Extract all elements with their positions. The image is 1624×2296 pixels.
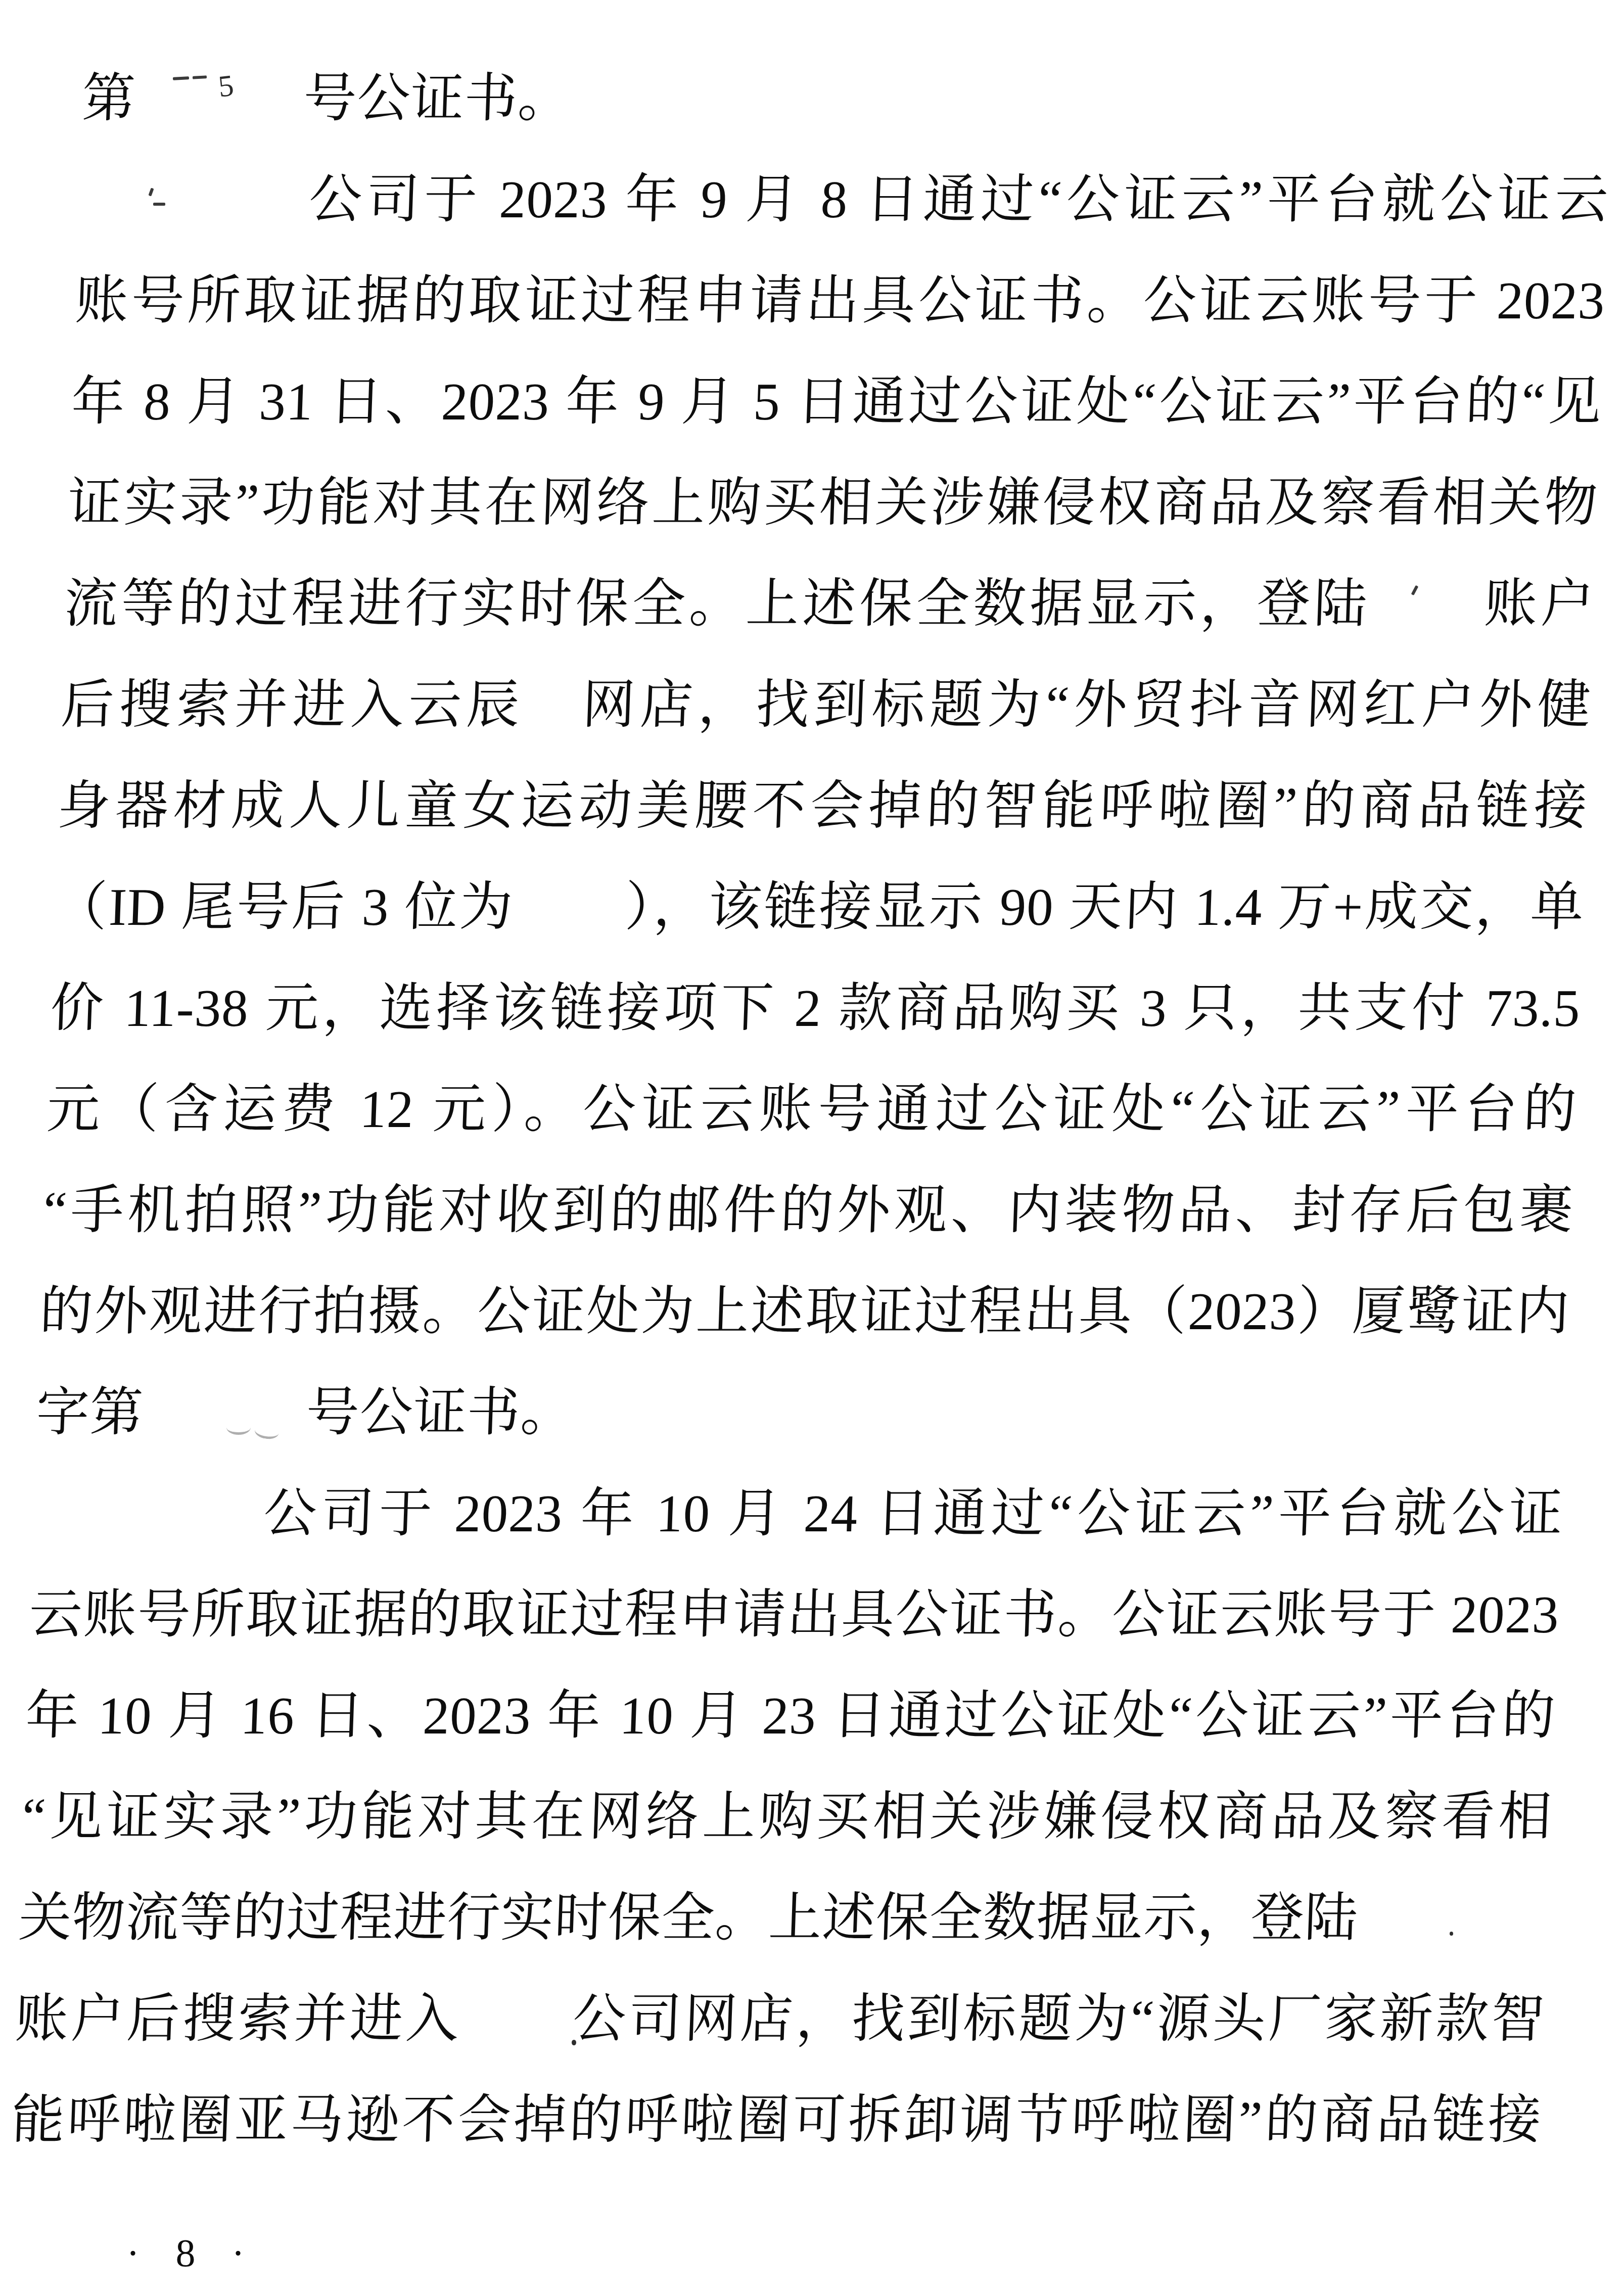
scanned-document-page: 第号公证书。 公司于 2023 年 9 月 8 日通过“公证云”平台就公证云 账… (0, 0, 1624, 2296)
document-line: 账户后搜索并进入 公司网店，找到标题为“源头厂家新款智 (13, 1969, 1547, 2070)
line-text: 关物流等的过程进行实时保全。上述保全数据显示，登陆 (18, 1888, 1359, 1947)
redacted-blank (143, 1430, 306, 1430)
redaction-mark-dash (153, 203, 165, 206)
document-line: “手机拍照”功能对收到的邮件的外观、内装物品、封存后包裹 (41, 1160, 1575, 1261)
document-line: （ID 尾号后 3 位为 ），该链接显示 90 天内 1.4 万+成交，单 (52, 857, 1586, 958)
line-text: 价 11-38 元，选择该链接项下 2 款商品购买 3 只，共支付 73.5 (50, 978, 1582, 1038)
line-text: 号公证书。 (303, 69, 573, 128)
line-text: 号公证书。 (305, 1383, 575, 1442)
line-text: 流等的过程进行实时保全。上述保全数据显示，登陆 账户 (64, 574, 1596, 633)
redaction-mark-dot (572, 2040, 576, 2045)
line-text: 第 (81, 69, 136, 128)
document-line: 字第号公证书。 (34, 1362, 1568, 1463)
line-text: “手机拍照”功能对收到的邮件的外观、内装物品、封存后包裹 (42, 1181, 1574, 1240)
document-line: 的外观进行拍摄。公证处为上述取证过程出具（2023）厦鹭证内 (38, 1261, 1571, 1362)
document-line: 流等的过程进行实时保全。上述保全数据显示，登陆 账户 (63, 553, 1596, 654)
document-line: 账号所取证据的取证过程申请出具公证书。公证云账号于 2023 (73, 250, 1607, 351)
document-line: 公司于 2023 年 9 月 8 日通过“公证云”平台就公证云 (77, 149, 1610, 250)
document-line: 能呼啦圈亚马逊不会掉的呼啦圈可拆卸调节呼啦圈”的商品链接 (10, 2070, 1543, 2171)
document-line: 年 8 月 31 日、2023 年 9 月 5 日通过公证处“公证云”平台的“见 (70, 351, 1603, 452)
redaction-mark-digit-fragment: 5 (217, 70, 235, 102)
redacted-blank (135, 116, 303, 116)
document-line: 公司于 2023 年 10 月 24 日通过“公证云”平台就公证 (31, 1463, 1564, 1564)
redaction-mark-smudge (226, 1420, 251, 1435)
line-text: 云账号所取证据的取证过程申请出具公证书。公证云账号于 2023 (28, 1585, 1560, 1644)
line-text: 公司于 2023 年 10 月 24 日通过“公证云”平台就公证 (32, 1484, 1564, 1543)
line-text: 账号所取证据的取证过程申请出具公证书。公证云账号于 2023 (74, 271, 1606, 330)
line-text: 能呼啦圈亚马逊不会掉的呼啦圈可拆卸调节呼啦圈”的商品链接 (11, 2090, 1543, 2149)
document-text-block: 第号公证书。 公司于 2023 年 9 月 8 日通过“公证云”平台就公证云 账… (6, 0, 1616, 2296)
document-line: 第号公证书。 (80, 48, 1614, 149)
redaction-mark-dot (1450, 1932, 1453, 1936)
line-text: 证实录”功能对其在网络上购买相关涉嫌侵权商品及察看相关物 (67, 473, 1599, 532)
document-line: 身器材成人儿童女运动美腰不会掉的智能呼啦圈”的商品链接 (56, 756, 1589, 857)
line-text: 后搜索并进入云辰 网店，找到标题为“外贸抖音网红户外健 (60, 675, 1592, 734)
line-text: （ID 尾号后 3 位为 ），该链接显示 90 天内 1.4 万+成交，单 (53, 877, 1585, 936)
line-text: 公司于 2023 年 9 月 8 日通过“公证云”平台就公证云 (78, 170, 1610, 229)
line-text: 年 8 月 31 日、2023 年 9 月 5 日通过公证处“公证云”平台的“见 (71, 372, 1603, 431)
document-line: 年 10 月 16 日、2023 年 10 月 23 日通过公证处“公证云”平台… (24, 1665, 1557, 1766)
document-line: 价 11-38 元，选择该链接项下 2 款商品购买 3 只，共支付 73.5 (49, 958, 1582, 1059)
document-line: 关物流等的过程进行实时保全。上述保全数据显示，登陆 (17, 1867, 1550, 1969)
redaction-mark-dot (482, 707, 487, 712)
line-text: 账户后搜索并进入 公司网店，找到标题为“源头厂家新款智 (14, 1989, 1546, 2048)
document-line: 元（含运费 12 元）。公证云账号通过公证处“公证云”平台的 (45, 1059, 1579, 1160)
document-line: 云账号所取证据的取证过程申请出具公证书。公证云账号于 2023 (27, 1564, 1561, 1665)
line-text: 字第 (35, 1383, 145, 1442)
line-text: 的外观进行拍摄。公证处为上述取证过程出具（2023）厦鹭证内 (39, 1282, 1571, 1341)
line-text: “见证实录”功能对其在网络上购买相关涉嫌侵权商品及察看相 (21, 1787, 1553, 1846)
page-number: · 8 · (126, 2228, 258, 2278)
document-line: “见证实录”功能对其在网络上购买相关涉嫌侵权商品及察看相 (20, 1766, 1554, 1867)
document-line: 证实录”功能对其在网络上购买相关涉嫌侵权商品及察看相关物 (66, 452, 1600, 553)
document-line: 后搜索并进入云辰 网店，找到标题为“外贸抖音网红户外健 (59, 654, 1593, 756)
line-text: 身器材成人儿童女运动美腰不会掉的智能呼啦圈”的商品链接 (57, 776, 1589, 835)
line-text: 年 10 月 16 日、2023 年 10 月 23 日通过公证处“公证云”平台… (25, 1686, 1557, 1745)
line-text: 元（含运费 12 元）。公证云账号通过公证处“公证云”平台的 (46, 1080, 1578, 1139)
